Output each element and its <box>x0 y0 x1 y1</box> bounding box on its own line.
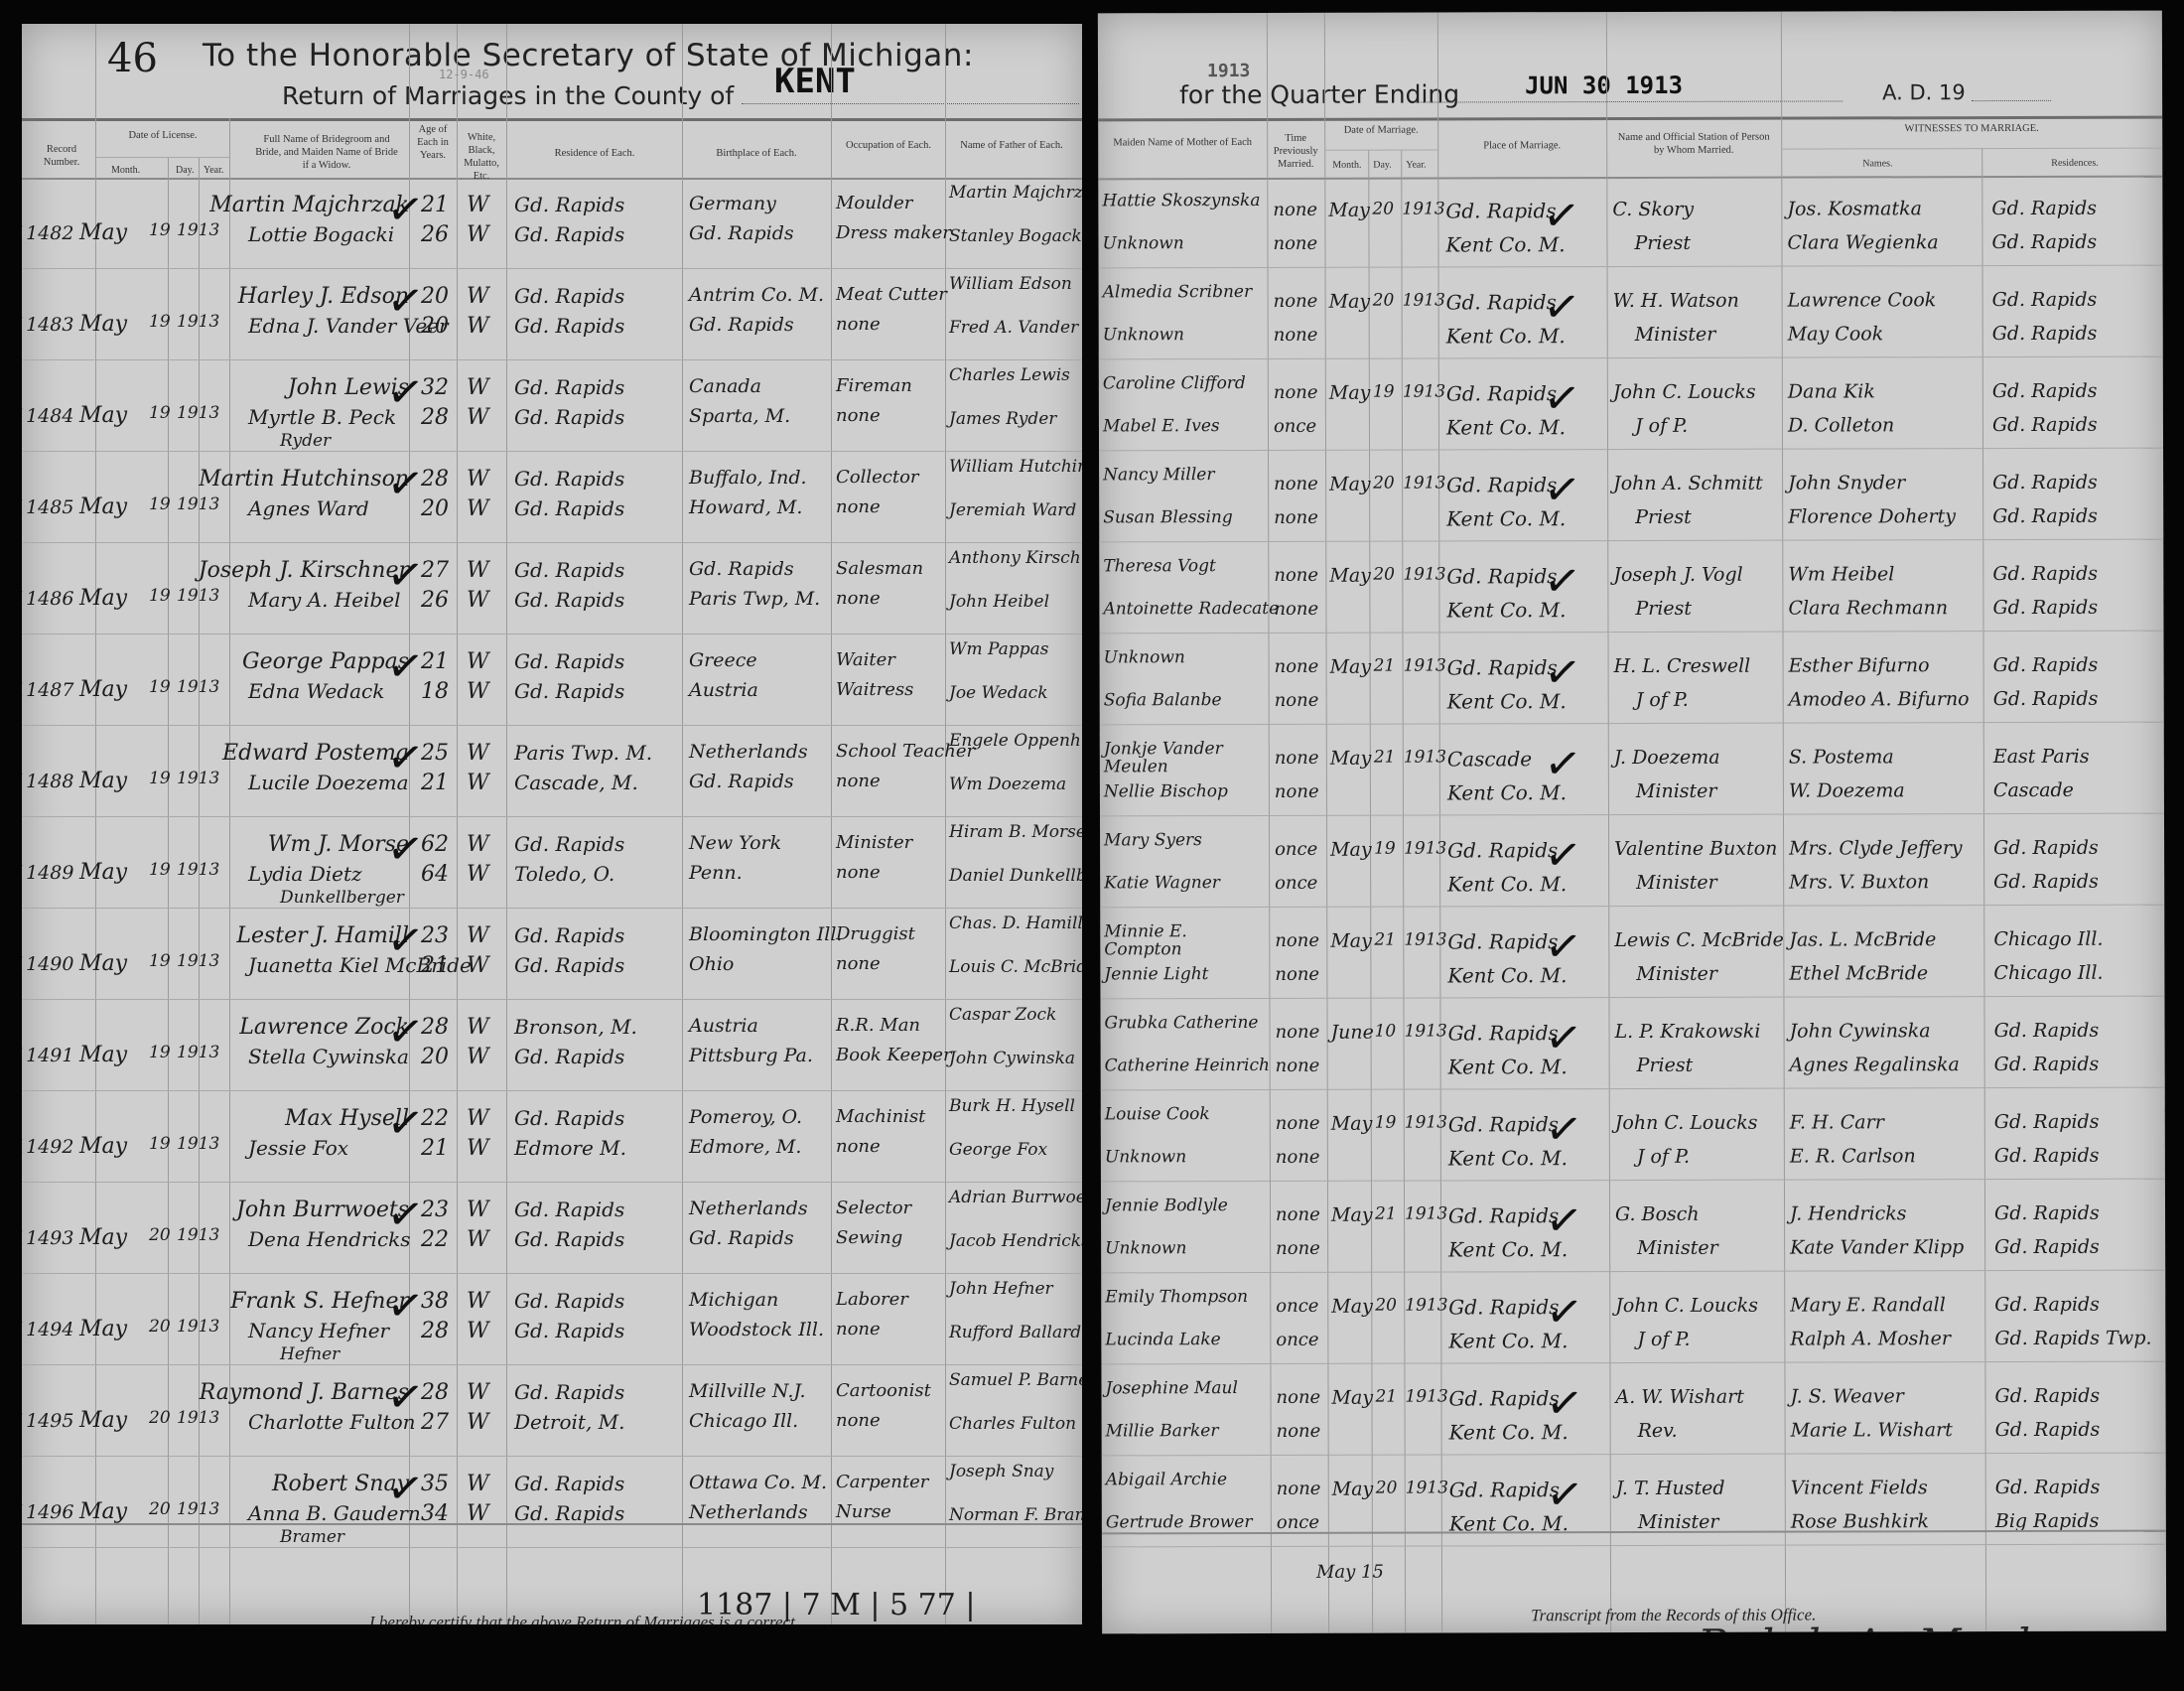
groom-mother: Jennie Bodlyle <box>1105 1197 1264 1214</box>
groom-race: W <box>467 558 489 583</box>
record-number: 11482 <box>22 222 73 244</box>
marriage-month: June <box>1331 1022 1374 1044</box>
bride-father: George Fox <box>949 1140 1047 1160</box>
marriage-month: May <box>1329 474 1371 495</box>
bride-age: 21 <box>421 953 449 978</box>
license-month: May <box>79 1043 127 1067</box>
groom-prev-married: none <box>1274 565 1318 586</box>
marriage-place: Gd. Rapids <box>1447 929 1558 953</box>
groom-birthplace: Greece <box>689 649 757 671</box>
officiant-name: J. T. Husted <box>1616 1478 1725 1499</box>
groom-father: William Hutchinson <box>949 457 1082 477</box>
bride-father: Joe Wedack <box>949 683 1048 703</box>
license-year: 1913 <box>177 1225 219 1245</box>
bride-maiden-note: Hefner <box>280 1344 340 1364</box>
groom-mother: Grubka Catherine <box>1105 1014 1264 1032</box>
witness-1-residence: Gd. Rapids <box>1995 1477 2101 1498</box>
groom-name: George Pappas <box>171 649 409 674</box>
marriage-day: 10 <box>1375 1022 1397 1042</box>
check-mark-icon: ✓ <box>1542 737 1584 792</box>
groom-residence: Gd. Rapids <box>514 1106 624 1130</box>
bride-residence: Gd. Rapids <box>514 679 624 703</box>
check-mark-icon: ✓ <box>384 1188 428 1243</box>
groom-name: Harley J. Edson <box>171 284 409 309</box>
bride-father: Daniel Dunkellberger <box>949 866 1082 886</box>
marriage-year: 1913 <box>1405 1386 1447 1406</box>
groom-race: W <box>467 375 489 400</box>
bride-occupation: Dress maker <box>836 222 951 243</box>
bride-birthplace: Chicago Ill. <box>689 1410 798 1432</box>
col-marriage-month: Month. <box>1332 160 1361 171</box>
marriage-year: 1913 <box>1404 929 1446 949</box>
record-number: 11496 <box>22 1501 73 1523</box>
marriage-day: 20 <box>1376 1479 1398 1498</box>
bride-prev-married: none <box>1275 964 1319 985</box>
license-month: May <box>79 1499 127 1524</box>
witness-2-residence: Gd. Rapids <box>1994 1054 2100 1075</box>
bride-occupation: none <box>836 1319 881 1339</box>
groom-residence: Gd. Rapids <box>514 375 624 399</box>
bride-mother: Mabel E. Ives <box>1103 416 1220 436</box>
check-mark-icon: ✓ <box>1541 463 1583 518</box>
bride-residence: Gd. Rapids <box>514 314 624 338</box>
bride-race: W <box>467 1410 489 1435</box>
marriage-place: Gd. Rapids <box>1449 1478 1560 1501</box>
groom-mother: Almedia Scribner <box>1103 283 1262 301</box>
witness-1-name: Mary E. Randall <box>1790 1294 1946 1316</box>
officiant-title: J of P. <box>1636 689 1689 711</box>
bride-prev-married: once <box>1277 1512 1319 1533</box>
witness-1-residence: Gd. Rapids <box>1994 1294 2100 1316</box>
groom-prev-married: none <box>1276 1113 1320 1134</box>
bride-mother: Unknown <box>1105 1147 1186 1167</box>
groom-residence: Gd. Rapids <box>514 649 624 673</box>
license-year: 1913 <box>177 1317 219 1337</box>
groom-name: Robert Snay <box>171 1472 409 1496</box>
groom-residence: Gd. Rapids <box>514 1198 624 1221</box>
license-month: May <box>79 951 127 976</box>
license-day: 19 <box>149 586 171 606</box>
witness-1-residence: Gd. Rapids <box>1992 472 2098 493</box>
bride-mother: Antoinette Radecate <box>1103 599 1279 619</box>
bride-name: Jessie Fox <box>248 1136 348 1160</box>
bride-birthplace: Woodstock Ill. <box>689 1319 824 1340</box>
groom-residence: Gd. Rapids <box>514 1472 624 1495</box>
license-month: May <box>79 1134 127 1159</box>
witness-2-name: Clara Rechmann <box>1788 597 1948 619</box>
bride-father: Louis C. McBride <box>949 957 1082 977</box>
bride-birthplace: Sparta, M. <box>689 405 790 427</box>
page-number: 46 <box>107 36 158 81</box>
record-number: 11494 <box>22 1319 73 1340</box>
marriage-year: 1913 <box>1403 473 1445 493</box>
witness-1-residence: Gd. Rapids <box>1993 837 2099 859</box>
record-row-right: UnknownSofia BalanbenonenoneMay211913Gd.… <box>1100 633 2164 727</box>
groom-birthplace: Austria <box>689 1015 758 1037</box>
witness-1-residence: Gd. Rapids <box>1994 1202 2100 1224</box>
right-ledger-page: 1913 for the Quarter Ending JUN 30 1913 … <box>1098 11 2166 1634</box>
bride-mother: Katie Wagner <box>1104 873 1220 893</box>
check-mark-icon: ✓ <box>384 1462 428 1517</box>
witness-1-name: Dana Kik <box>1788 380 1875 402</box>
col-witness-residences: Residences. <box>2051 158 2099 169</box>
bride-residence: Gd. Rapids <box>514 1319 624 1342</box>
groom-residence: Bronson, M. <box>514 1015 637 1039</box>
license-year: 1913 <box>177 586 219 606</box>
officiant-title: J of P. <box>1635 415 1688 437</box>
marriage-place: Gd. Rapids <box>1445 199 1556 222</box>
officiant-name: Valentine Buxton <box>1614 838 1777 860</box>
bride-occupation: Waitress <box>836 679 913 700</box>
col-occupation: Occupation of Each. <box>833 139 944 152</box>
groom-residence: Gd. Rapids <box>514 832 624 856</box>
groom-mother: Jonkje Vander Meulen <box>1104 740 1263 775</box>
officiant-title: Minister <box>1637 1237 1718 1259</box>
officiant-title: J of P. <box>1637 1329 1690 1350</box>
record-row-right: Grubka CatherineCatherine Heinrichnoneno… <box>1100 998 2164 1092</box>
col-license-month: Month. <box>111 165 140 176</box>
groom-birthplace: Millville N.J. <box>689 1380 806 1402</box>
bride-occupation: none <box>836 953 881 974</box>
witness-1-name: Jas. L. McBride <box>1789 928 1936 950</box>
witness-1-residence: Gd. Rapids <box>1992 289 2098 311</box>
groom-residence: Gd. Rapids <box>514 193 624 216</box>
marriage-year: 1913 <box>1405 1021 1447 1041</box>
marriage-year: 1913 <box>1403 564 1445 584</box>
witness-1-residence: Gd. Rapids <box>1994 1111 2100 1133</box>
witness-2-residence: Gd. Rapids <box>1992 505 2098 527</box>
col-time-prev-married: Time Previously Married. <box>1269 132 1322 172</box>
officiant-name: H. L. Creswell <box>1614 655 1751 677</box>
groom-birthplace: Buffalo, Ind. <box>689 467 807 489</box>
check-mark-icon: ✓ <box>1543 1468 1585 1523</box>
groom-prev-married: once <box>1276 1296 1318 1317</box>
bride-residence: Toledo, O. <box>514 862 614 886</box>
groom-prev-married: once <box>1275 839 1317 860</box>
form-subtitle: Return of Marriages in the County of <box>282 81 734 110</box>
bride-prev-married: none <box>1275 690 1319 711</box>
bride-prev-married: none <box>1274 507 1318 528</box>
groom-residence: Gd. Rapids <box>514 923 624 947</box>
record-number: 11486 <box>22 588 73 610</box>
license-year: 1913 <box>177 769 219 788</box>
marriage-day: 21 <box>1375 1387 1397 1407</box>
bride-race: W <box>467 862 489 887</box>
marriage-month: May <box>1330 839 1372 861</box>
groom-father: Burk H. Hysell <box>949 1096 1075 1116</box>
witness-1-name: Mrs. Clyde Jeffery <box>1789 837 1963 859</box>
groom-father: Caspar Zock <box>949 1005 1056 1025</box>
officiant-name: John C. Loucks <box>1613 381 1756 403</box>
groom-birthplace: Germany <box>689 193 776 214</box>
bride-residence: Cascade, M. <box>514 771 638 794</box>
license-month: May <box>79 312 127 337</box>
bride-occupation: none <box>836 862 881 883</box>
license-month: May <box>79 220 127 245</box>
county-stamp: KENT <box>774 62 856 101</box>
marriage-place: Gd. Rapids <box>1448 1203 1559 1227</box>
bride-father: John Cywinska <box>949 1049 1075 1068</box>
col-marriage-year: Year. <box>1406 160 1426 171</box>
check-mark-icon: ✓ <box>384 1370 428 1426</box>
groom-mother: Unknown <box>1104 648 1263 666</box>
bride-age: 26 <box>421 588 449 613</box>
bride-prev-married: none <box>1276 1238 1320 1259</box>
check-mark-icon: ✓ <box>1543 1285 1585 1340</box>
check-mark-icon: ✓ <box>384 639 428 695</box>
license-day: 20 <box>149 1499 171 1519</box>
groom-race: W <box>467 832 489 857</box>
witness-1-name: Esther Bifurno <box>1789 654 1930 676</box>
license-month: May <box>79 403 127 428</box>
groom-prev-married: none <box>1276 1204 1320 1225</box>
marriage-place: Gd. Rapids <box>1446 473 1557 496</box>
check-mark-icon: ✓ <box>1540 189 1582 244</box>
record-row-left: John Lewis11484May191913Myrtle B. PeckRy… <box>22 361 1082 453</box>
groom-name: Joseph J. Kirschner <box>171 558 409 583</box>
witness-2-name: Mrs. V. Buxton <box>1789 871 1929 893</box>
bride-birthplace: Howard, M. <box>689 496 802 518</box>
bride-mother: Millie Barker <box>1106 1421 1219 1441</box>
groom-father: Charles Lewis <box>949 365 1070 385</box>
witness-2-residence: Gd. Rapids <box>1991 231 2097 253</box>
groom-residence: Gd. Rapids <box>514 467 624 491</box>
groom-birthplace: Canada <box>689 375 761 397</box>
check-mark-icon: ✓ <box>384 914 428 969</box>
license-year: 1913 <box>177 1408 219 1428</box>
marriage-day: 19 <box>1375 1113 1397 1133</box>
record-number: 11488 <box>22 771 73 792</box>
record-number: 11487 <box>22 679 73 701</box>
witness-2-name: Agnes Regalinska <box>1790 1054 1960 1075</box>
record-row-left: Max Hysell11492May191913Jessie Fox2221WW… <box>22 1092 1082 1184</box>
groom-mother: Mary Syers <box>1104 831 1263 849</box>
bride-prev-married: none <box>1273 233 1317 254</box>
marriage-month: May <box>1330 656 1372 678</box>
officiant-name: L. P. Krakowski <box>1615 1021 1761 1043</box>
marriage-year: 1913 <box>1404 838 1446 858</box>
dated-stamp: JUL 1 8 1913 <box>203 1622 346 1624</box>
bride-birthplace: Gd. Rapids <box>689 771 794 792</box>
license-year: 1913 <box>177 1499 219 1519</box>
bride-race: W <box>467 588 489 613</box>
groom-mother: Josephine Maul <box>1105 1379 1264 1397</box>
bride-father: Fred A. Vander Veer <box>949 318 1082 338</box>
marriage-year: 1913 <box>1404 747 1446 767</box>
record-row-right: Josephine MaulMillie BarkernonenoneMay21… <box>1101 1363 2165 1458</box>
bride-race: W <box>467 222 489 247</box>
check-mark-icon: ✓ <box>384 365 428 421</box>
record-row-left: John Burrwoets11493May201913Dena Hendric… <box>22 1184 1082 1275</box>
officiant-title: Priest <box>1634 232 1691 254</box>
bride-prev-married: none <box>1274 599 1318 620</box>
groom-prev-married: none <box>1274 474 1318 494</box>
groom-mother: Caroline Clifford <box>1103 374 1262 392</box>
witness-2-residence: Cascade <box>1993 779 2074 801</box>
groom-occupation: Collector <box>836 467 919 488</box>
bride-birthplace: Gd. Rapids <box>689 222 794 244</box>
record-row-left: Joseph J. Kirschner11486May191913Mary A.… <box>22 544 1082 635</box>
groom-father: Hiram B. Morse <box>949 822 1082 842</box>
check-mark-icon: ✓ <box>1542 1011 1584 1066</box>
marriage-day: 20 <box>1373 565 1395 585</box>
witness-2-residence: Gd. Rapids <box>1994 1145 2100 1167</box>
marriage-place: Gd. Rapids <box>1447 838 1558 862</box>
bride-mother: Unknown <box>1105 1238 1186 1258</box>
groom-mother: Abigail Archie <box>1106 1471 1265 1488</box>
groom-residence: Paris Twp. M. <box>514 741 652 765</box>
groom-residence: Gd. Rapids <box>514 558 624 582</box>
bride-age: 26 <box>421 222 449 247</box>
groom-occupation: Minister <box>836 832 912 853</box>
bride-age: 20 <box>421 314 449 339</box>
bride-occupation: none <box>836 771 881 791</box>
record-row-right: Mary SyersKatie WagneronceonceMay191913G… <box>1100 815 2164 910</box>
officiant-name: J. Doezema <box>1614 747 1720 769</box>
bride-father: Jacob Hendricks <box>949 1231 1082 1251</box>
officiant-name: C. Skory <box>1612 199 1694 220</box>
record-row-left: Edward Postema11488May191913Lucile Doeze… <box>22 727 1082 818</box>
bride-father: John Heibel <box>949 592 1049 612</box>
marriage-day: 19 <box>1374 839 1396 859</box>
witness-2-name: D. Colleton <box>1788 414 1894 436</box>
check-mark-icon: ✓ <box>1542 919 1584 975</box>
check-mark-icon: ✓ <box>1542 828 1584 884</box>
bride-prev-married: once <box>1274 416 1316 437</box>
col-date-of-marriage: Date of Marriage. <box>1326 124 1435 137</box>
bride-race: W <box>467 953 489 978</box>
faint-stamp-right: 1913 <box>1207 61 1250 81</box>
witness-2-residence: Big Rapids <box>1995 1510 2100 1532</box>
bride-birthplace: Pittsburg Pa. <box>689 1045 813 1066</box>
bride-mother: Catherine Heinrich <box>1105 1056 1270 1075</box>
groom-prev-married: none <box>1273 200 1317 220</box>
bride-occupation: none <box>836 314 881 335</box>
groom-name: Martin Hutchinson <box>171 467 409 492</box>
marriage-day: 21 <box>1374 748 1396 768</box>
officiant-title: Priest <box>1635 506 1692 528</box>
bride-age: 64 <box>421 862 449 887</box>
col-date-of-license: Date of License. <box>97 129 228 142</box>
groom-father: William Edson <box>949 274 1072 294</box>
witness-2-name: E. R. Carlson <box>1790 1145 1916 1167</box>
witness-1-name: J. S. Weaver <box>1790 1385 1903 1407</box>
groom-father: Chas. D. Hamill <box>949 914 1082 933</box>
bride-prev-married: none <box>1275 781 1319 802</box>
bride-race: W <box>467 405 489 430</box>
bride-race: W <box>467 496 489 521</box>
witness-2-residence: Gd. Rapids <box>1992 323 2098 345</box>
groom-birthplace: Antrim Co. M. <box>689 284 824 306</box>
groom-mother: Theresa Vogt <box>1103 557 1262 575</box>
groom-residence: Gd. Rapids <box>514 1289 624 1313</box>
bride-occupation: Nurse <box>836 1501 891 1522</box>
col-mother: Maiden Name of Mother of Each <box>1108 136 1257 150</box>
marriage-day: 20 <box>1373 291 1395 311</box>
groom-race: W <box>467 1198 489 1222</box>
groom-name: Raymond J. Barnes <box>171 1380 409 1405</box>
col-license-day: Day. <box>176 165 195 176</box>
col-witnesses: WITNESSES TO MARRIAGE. <box>1783 122 2160 136</box>
bride-race: W <box>467 1045 489 1069</box>
groom-prev-married: none <box>1276 1022 1320 1043</box>
marriage-day: 21 <box>1375 1204 1397 1224</box>
witness-1-name: John Snyder <box>1788 472 1905 493</box>
marriage-month: May <box>1332 1479 1374 1500</box>
bride-residence: Gd. Rapids <box>514 953 624 977</box>
officiant-name: W. H. Watson <box>1613 290 1739 312</box>
bride-mother: Gertrude Brower <box>1106 1512 1253 1532</box>
bride-maiden-note: Bramer <box>280 1527 344 1547</box>
bride-age: 21 <box>421 1136 449 1161</box>
record-row-left: Lester J. Hamill11490May191913Juanetta K… <box>22 910 1082 1001</box>
check-mark-icon: ✓ <box>384 1005 428 1060</box>
marriage-month: May <box>1331 1387 1373 1409</box>
marriage-day: 21 <box>1374 930 1396 950</box>
witness-2-residence: Gd. Rapids <box>1993 871 2099 893</box>
groom-occupation: R.R. Man <box>836 1015 920 1036</box>
groom-occupation: Cartoonist <box>836 1380 931 1401</box>
record-number: 11484 <box>22 405 73 427</box>
marriage-month: May <box>1330 748 1372 770</box>
check-mark-icon: ✓ <box>384 183 428 238</box>
col-full-name: Full Name of Bridegroom and Bride, and M… <box>252 133 401 172</box>
witness-1-residence: Chicago Ill. <box>1993 928 2103 950</box>
license-day: 19 <box>149 1134 171 1154</box>
groom-occupation: Waiter <box>836 649 895 670</box>
left-record-table: Martin Majchrzak11482May191913Lottie Bog… <box>22 179 1082 1549</box>
bride-residence: Detroit, M. <box>514 1410 625 1434</box>
groom-prev-married: none <box>1274 291 1318 312</box>
witness-2-name: Ralph A. Mosher <box>1790 1328 1951 1349</box>
groom-mother: Emily Thompson <box>1105 1288 1264 1306</box>
record-row-left: Martin Majchrzak11482May191913Lottie Bog… <box>22 179 1082 270</box>
bride-father: Rufford Ballard <box>949 1323 1081 1342</box>
check-mark-icon: ✓ <box>1543 1102 1585 1158</box>
groom-prev-married: none <box>1275 748 1319 769</box>
quarter-date-stamp: JUN 30 1913 <box>1525 71 1683 99</box>
witness-2-name: Clara Wegienka <box>1787 231 1938 253</box>
license-year: 1913 <box>177 494 219 514</box>
bride-residence: Gd. Rapids <box>514 588 624 612</box>
record-row-left: Robert Snay11496May201913Anna B. Gaudern… <box>22 1458 1082 1549</box>
marriage-place: Cascade <box>1447 747 1532 771</box>
bride-prev-married: none <box>1277 1421 1321 1442</box>
marriage-year: 1913 <box>1406 1478 1448 1497</box>
record-number: 11493 <box>22 1227 73 1249</box>
groom-race: W <box>467 1106 489 1131</box>
officiant-name: G. Bosch <box>1615 1203 1700 1225</box>
groom-occupation: Druggist <box>836 923 915 944</box>
col-marriage-day: Day. <box>1373 160 1392 171</box>
license-day: 19 <box>149 860 171 880</box>
groom-birthplace: Gd. Rapids <box>689 558 794 580</box>
officiant-name: Joseph J. Vogl <box>1613 564 1742 586</box>
license-day: 19 <box>149 677 171 697</box>
license-year: 1913 <box>177 403 219 423</box>
groom-race: W <box>467 284 489 309</box>
bride-race: W <box>467 1136 489 1161</box>
witness-1-name: S. Postema <box>1789 746 1894 768</box>
witness-1-residence: Gd. Rapids <box>1991 198 2097 219</box>
marriage-place: Gd. Rapids <box>1448 1112 1559 1136</box>
record-row-left: Raymond J. Barnes11495May201913Charlotte… <box>22 1366 1082 1458</box>
col-age: Age of Each in Years. <box>411 123 455 162</box>
record-row-left: Wm J. Morse11489May191913Lydia DietzDunk… <box>22 818 1082 910</box>
check-mark-icon: ✓ <box>384 1096 428 1152</box>
record-row-right: Abigail ArchieGertrude BrowernoneonceMay… <box>1102 1455 2166 1549</box>
marriage-place: Gd. Rapids <box>1447 655 1558 679</box>
